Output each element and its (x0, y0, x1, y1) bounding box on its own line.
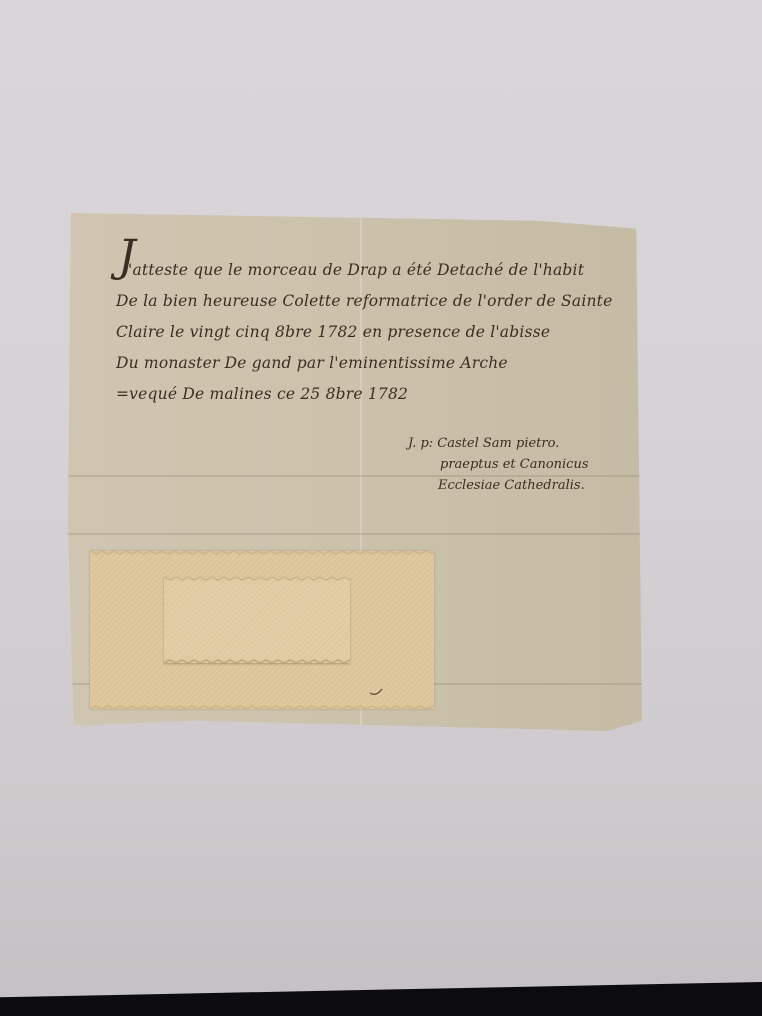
signature-line: Ecclesiae Cathedralis. (408, 475, 628, 496)
signature-line: praeptus et Canonicus (408, 454, 628, 475)
text-line: 'atteste que le morceau de Drap a été De… (116, 255, 636, 286)
table-edge-shadow (0, 982, 762, 1016)
signature-line: J. p: Castel Sam pietro. (408, 433, 628, 454)
fold-crease-horizontal (68, 533, 642, 535)
text-line: Claire le vingt cinq 8bre 1782 en presen… (116, 317, 636, 348)
small-fabric-swatch (164, 577, 350, 663)
text-line: De la bien heureuse Colette reformatrice… (116, 286, 636, 317)
text-line: Du monaster De gand par l'eminentissime … (116, 348, 636, 379)
document-paper: J 'atteste que le morceau de Drap a été … (68, 213, 642, 731)
text-line: =vequé De malines ce 25 8bre 1782 (116, 379, 636, 410)
attestation-text: 'atteste que le morceau de Drap a été De… (116, 255, 636, 410)
pinked-edge-icon (164, 577, 350, 663)
signature-block: J. p: Castel Sam pietro. praeptus et Can… (408, 433, 628, 496)
